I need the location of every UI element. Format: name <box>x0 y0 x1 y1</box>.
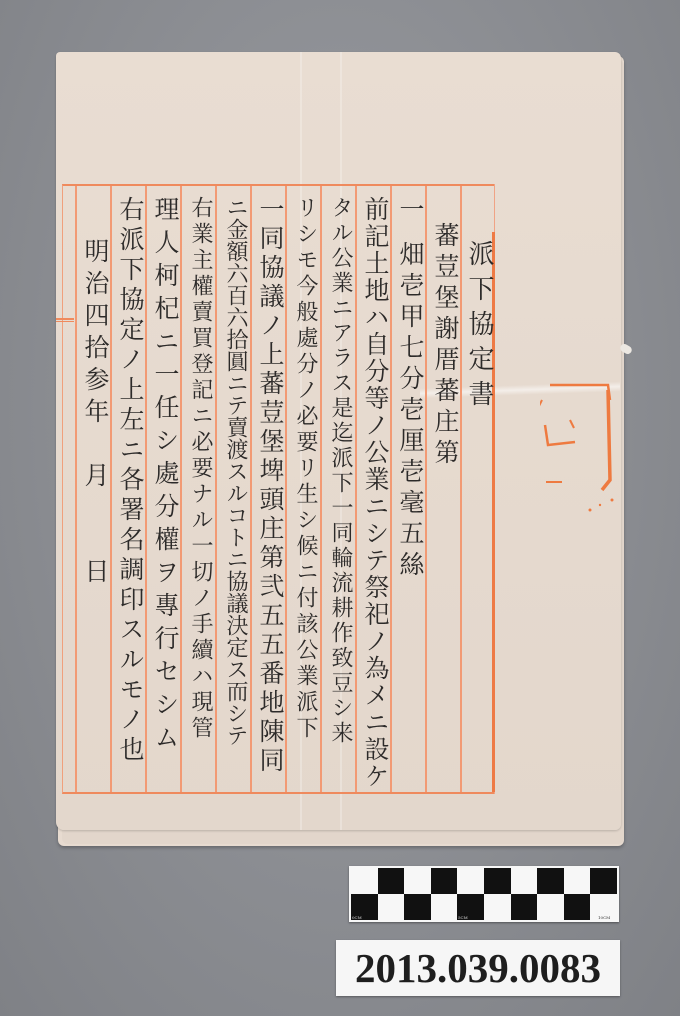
grid-column-rule <box>75 186 77 792</box>
catalog-number-label: 2013.039.0083 <box>336 940 620 996</box>
text-column-8: 右業主權賣買登記ニ必要ナル一切ノ手續ハ現管 <box>183 196 217 742</box>
text-column-3: 前記土地ハ自分等ノ公業ニシテ祭祀ノ為メニ設ケ <box>358 196 392 790</box>
text-column-9: 理人柯杞ニ一任シ處分權ヲ專行セシム <box>148 196 182 757</box>
scale-bar <box>349 866 619 922</box>
text-column-10: 右派下協定ノ上左ニ各署名調印スルモノ也 <box>113 196 147 766</box>
scale-label-10cm: 10CM <box>598 915 610 920</box>
scale-label-0cm: 0CM <box>352 915 362 920</box>
text-column-5: リシモ今般處分ノ必要リ生シ候ニ付該公業派下 <box>288 196 322 742</box>
text-column-7: ニ金額六百六拾圓ニテ賣渡スルコトニ協議決定ス而シテ <box>218 196 252 746</box>
scale-label-5cm: 5CM <box>458 915 468 920</box>
margin-mark <box>56 318 74 320</box>
margin-mark <box>56 321 74 322</box>
document-title: 派下協定書 <box>462 240 496 415</box>
red-seal-mark-icon <box>540 340 630 560</box>
text-column-4: タル公業ニアラス是迄派下一同輪流耕作致豆シ来 <box>323 196 357 746</box>
catalog-number: 2013.039.0083 <box>355 944 601 992</box>
text-column-6: 一同協議ノ上蕃荳堡埤頭庄第弐五五番地陳同 <box>253 196 287 776</box>
text-column-1: 蕃荳堡謝厝蕃庄第 <box>428 222 462 470</box>
date-column: 明治四拾参年 月 日 <box>78 238 112 590</box>
text-column-2: 一 畑壱甲七分壱厘壱毫五絲 <box>393 196 427 582</box>
